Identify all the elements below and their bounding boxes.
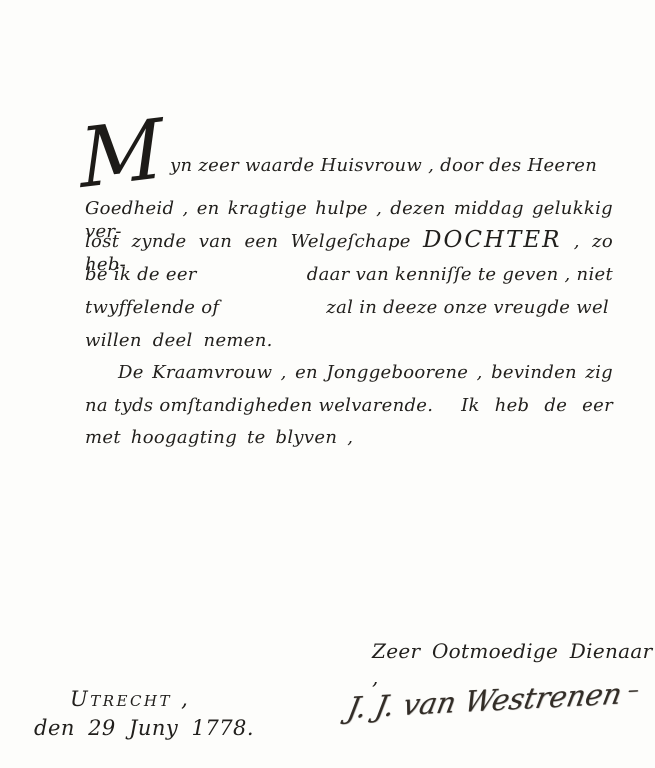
letter-line-8-left: na tyds omſtandigheden welvarende. [85,394,433,417]
drop-cap-initial: M [78,109,166,201]
letter-line-8-right: Ik heb de eer [461,394,613,417]
letter-line-5-right: zal in deeze onze vreugde wel [326,296,609,319]
letter-line-1-text: yn zeer waarde Huisvrouw , door des Heer… [170,155,597,176]
letter-line-4-right: daar van kenniſſe te geven , niet [307,263,613,286]
letter-page: M yn zeer waarde Huisvrouw , door des He… [0,0,655,768]
signature-flourish: – [619,677,641,703]
letter-line-6: willen deel nemen. [85,329,273,352]
letter-line-7: De Kraamvrouw , en Jonggeboorene , bevin… [118,361,613,384]
letter-line-4-left: be ik de eer [85,263,197,286]
letter-line-5: twyffelende of zal in deeze onze vreugde… [85,296,609,319]
letter-line-6-text: willen deel nemen. [85,330,273,351]
letter-line-9-text: met hoogagting te blyven , [85,427,353,448]
letter-line-3-pre: lost zynde van een Welgeſchape [85,231,411,252]
letter-line-7-text: De Kraamvrouw , en Jonggeboorene , bevin… [118,362,613,383]
letter-line-4: be ik de eer daar van kenniſſe te geven … [85,263,613,286]
dochter-emphasis: DOCHTER [423,227,561,253]
letter-line-8: na tyds omſtandigheden welvarende. Ik he… [85,394,613,417]
place-name-text: Utrecht , [70,687,190,711]
date-line-text: den 29 Juny 1778. [34,716,254,740]
letter-line-5-left: twyffelende of [85,296,219,319]
date-line: den 29 Juny 1778. [34,715,254,742]
letter-line-9: met hoogagting te blyven , [85,426,353,449]
letter-line-1: yn zeer waarde Huisvrouw , door des Heer… [170,154,614,177]
place-name: Utrecht , [70,686,190,713]
